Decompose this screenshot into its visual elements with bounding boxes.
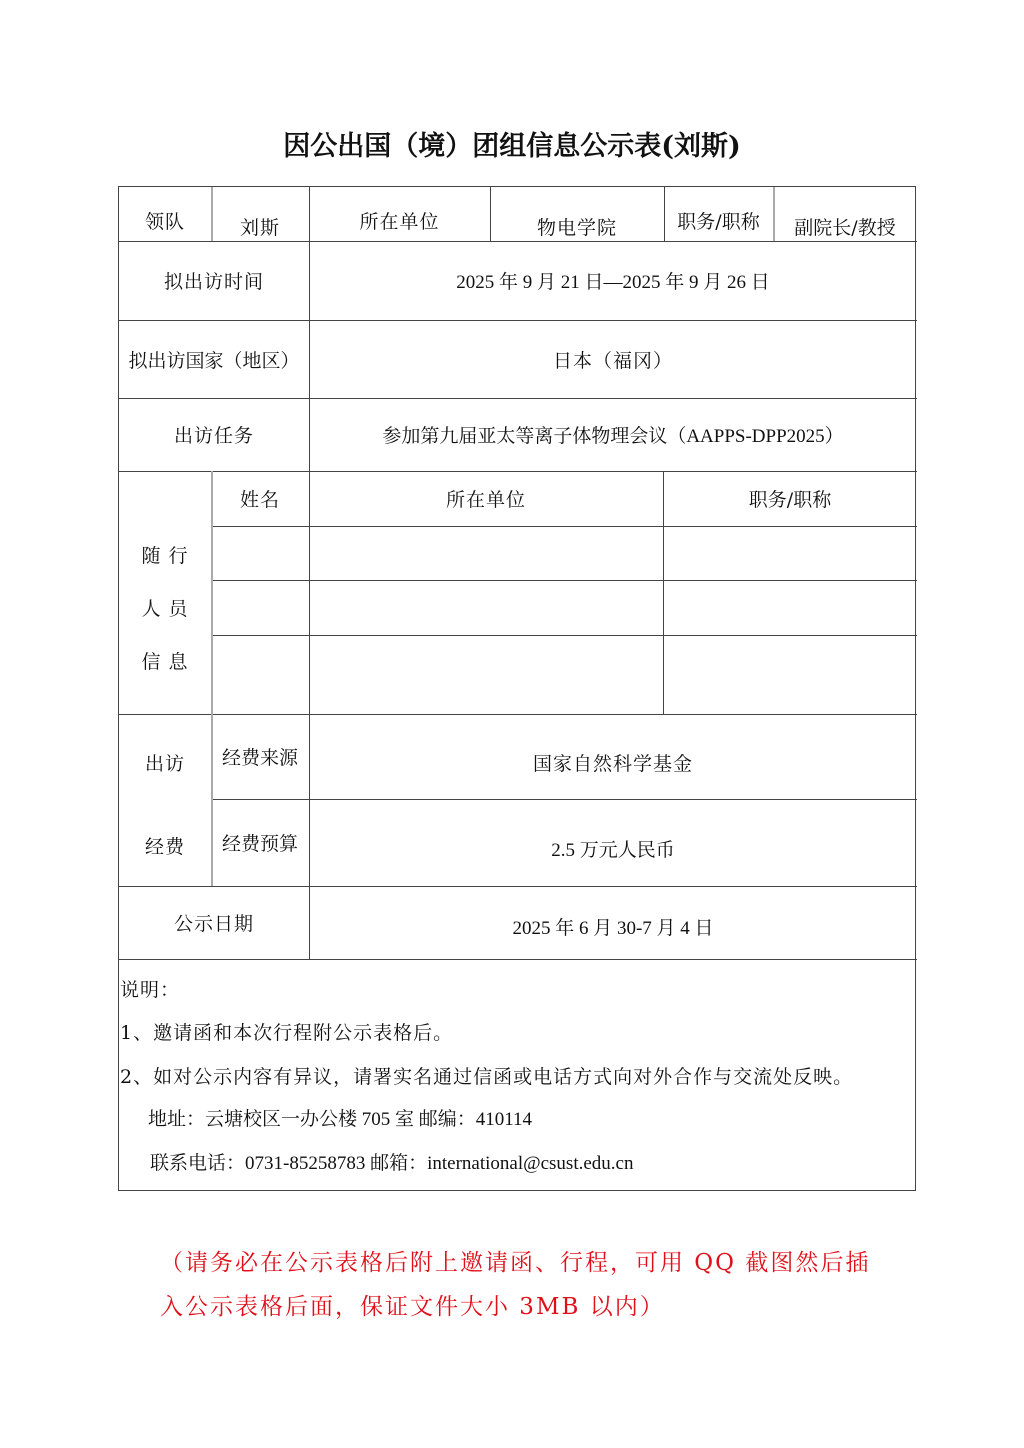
- funding-label-line-1: 出访: [119, 714, 211, 810]
- notes-contact: 联系电话：0731-85258783 邮箱：international@csus…: [150, 1148, 633, 1175]
- visit-time-value: 2025 年 9 月 21 日—2025 年 9 月 26 日: [309, 241, 917, 320]
- companion-row-1-position: [663, 526, 917, 580]
- companion-row-2-position: [663, 580, 917, 635]
- companions-header-name: 姓名: [211, 471, 309, 526]
- visit-country-value: 日本（福冈）: [309, 320, 917, 398]
- companion-row-3-name: [211, 635, 309, 714]
- companion-row-1-unit: [309, 526, 663, 580]
- companion-row-3-position: [663, 635, 917, 714]
- visit-country-label: 拟出访国家（地区）: [119, 320, 309, 398]
- reminder-line-1: （请务必在公示表格后附上邀请函、行程，可用 QQ 截图然后插: [160, 1244, 870, 1277]
- funding-budget-label: 经费预算: [211, 799, 309, 886]
- publicity-date-value: 2025 年 6 月 30-7 月 4 日: [309, 886, 917, 967]
- leader-unit-label: 所在单位: [309, 199, 490, 241]
- companions-label-line-2: 人 员: [119, 580, 211, 634]
- visit-task-label: 出访任务: [119, 398, 309, 471]
- leader-position-label: 职务/职称: [664, 199, 773, 241]
- companion-row-2-name: [211, 580, 309, 635]
- companions-label-line-1: 随 行: [119, 527, 211, 581]
- visit-time-label: 拟出访时间: [119, 241, 309, 320]
- funding-label-line-2: 经费: [119, 799, 211, 892]
- companion-row-1-name: [211, 526, 309, 580]
- publicity-date-label: 公示日期: [119, 886, 309, 959]
- notes-item-1: 1、邀请函和本次行程附公示表格后。: [120, 1018, 453, 1045]
- leader-label: 领队: [119, 199, 211, 241]
- notes-item-2: 2、如对公示内容有异议，请署实名通过信函或电话方式向对外合作与交流处反映。: [120, 1062, 853, 1089]
- funding-budget-value: 2.5 万元人民币: [309, 799, 917, 898]
- funding-source-value: 国家自然科学基金: [309, 714, 917, 810]
- funding-source-label: 经费来源: [211, 714, 309, 799]
- companions-label-line-3: 信 息: [119, 633, 211, 687]
- reminder-line-2: 入公示表格后面，保证文件大小 3MB 以内）: [160, 1288, 665, 1321]
- notes-address: 地址：云塘校区一办公楼 705 室 邮编：410114: [148, 1104, 532, 1131]
- notes-heading: 说明：: [120, 975, 180, 1002]
- companions-header-position: 职务/职称: [663, 471, 917, 526]
- companions-header-unit: 所在单位: [309, 471, 663, 526]
- companion-row-3-unit: [309, 635, 663, 714]
- page-title: 因公出国（境）团组信息公示表(刘斯): [0, 124, 1024, 163]
- companion-row-2-unit: [309, 580, 663, 635]
- visit-task-value: 参加第九届亚太等离子体物理会议（AAPPS-DPP2025）: [309, 398, 917, 471]
